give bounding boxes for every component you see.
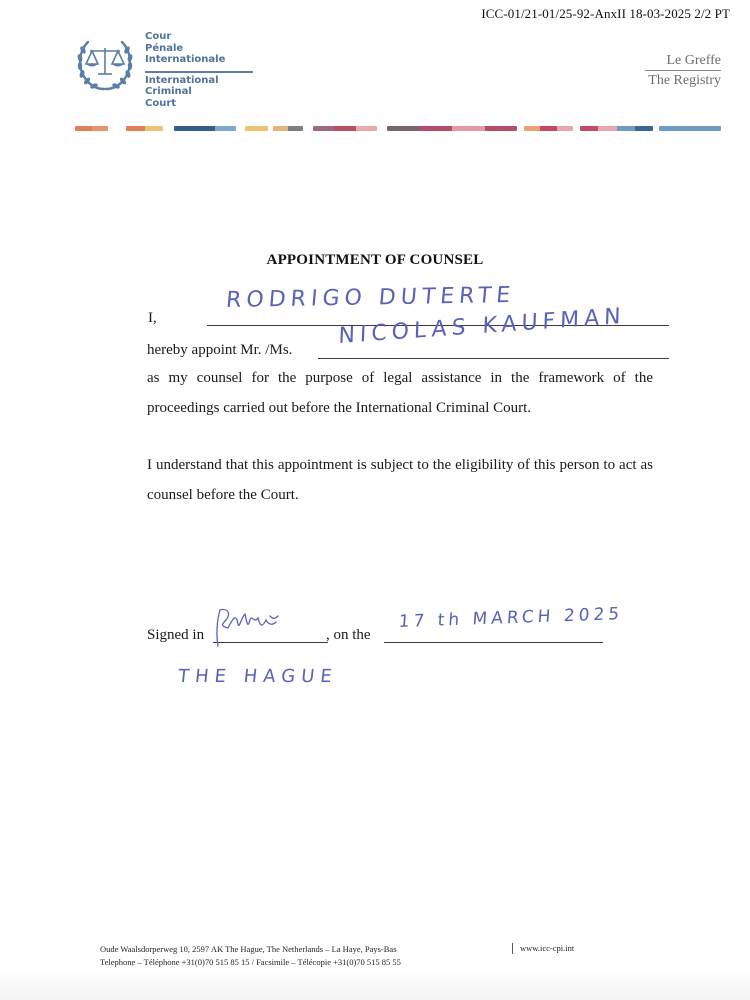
color-bar-segment [580, 126, 653, 131]
date-line [384, 642, 603, 643]
color-bar-segment [524, 126, 573, 131]
counsel-purpose-paragraph: as my counsel for the purpose of legal a… [147, 363, 653, 423]
scales-of-justice-laurel-icon [74, 36, 136, 92]
footer-website-link[interactable]: www.icc-cpi.int [512, 943, 574, 954]
signed-in-label: Signed in [147, 627, 204, 644]
date-handwritten: 17 th MARCH 2025 [398, 604, 624, 632]
org-name-fr: Cour Pénale Internationale [145, 31, 225, 70]
org-name-en: International Criminal Court [145, 70, 225, 110]
eligibility-paragraph: I understand that this appointment is su… [147, 450, 653, 510]
color-bar-segment [313, 126, 377, 131]
color-bar-segment [174, 126, 236, 131]
place-handwritten: THE HAGUE [177, 666, 339, 687]
on-the-label: , on the [326, 627, 371, 644]
color-bar-segment [245, 126, 268, 131]
document-reference: ICC-01/21-01/25-92-AnxII 18-03-2025 2/2 … [481, 6, 730, 22]
counsel-name-line [318, 358, 669, 359]
decorative-color-bar [0, 126, 750, 131]
registry-divider [645, 70, 721, 71]
registry-label: Le Greffe The Registry [645, 52, 721, 89]
counsel-name-handwritten: NICOLAS KAUFMAN [338, 304, 626, 349]
appoint-label: hereby appoint Mr. /Ms. [147, 342, 292, 359]
color-bar-segment [126, 126, 163, 131]
color-bar-segment [659, 126, 721, 131]
registry-fr: Le Greffe [645, 52, 721, 69]
footer-shade [0, 968, 750, 1000]
declarant-label: I, [148, 310, 157, 327]
color-bar-segment [273, 126, 303, 131]
color-bar-segment [387, 126, 517, 131]
color-bar-segment [75, 126, 108, 131]
page-title: APPOINTMENT OF COUNSEL [0, 252, 750, 269]
org-name-divider [145, 71, 253, 73]
declarant-name-handwritten: RODRIGO DUTERTE [225, 283, 516, 313]
signature-handwritten [212, 606, 292, 648]
org-name: Cour Pénale Internationale International… [145, 31, 225, 109]
registry-en: The Registry [645, 72, 721, 89]
footer-address: Oude Waalsdorperweg 10, 2597 AK The Hagu… [100, 943, 401, 969]
